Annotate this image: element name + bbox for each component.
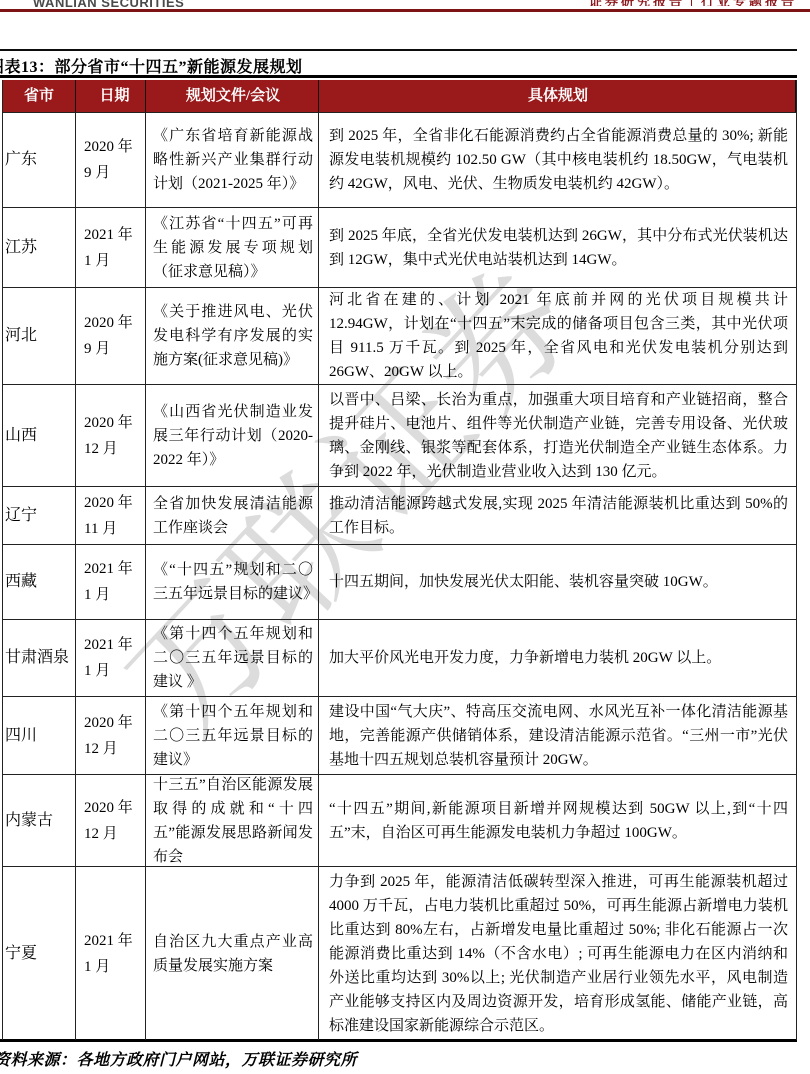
col-header-date: 日期 — [76, 80, 146, 112]
document-cell: 自治区九大重点产业高质量发展实施方案 — [146, 867, 319, 1040]
province-cell: 河北 — [3, 288, 76, 384]
province-cell: 辽宁 — [3, 487, 76, 544]
document-text: 《第十四个五年规划和二〇三五年远景目标的建议》 — [153, 700, 313, 772]
province-cell: 内蒙古 — [3, 775, 76, 866]
date-cell: 2020 年12 月 — [76, 385, 146, 486]
document-cell: 《山西省光伏制造业发展三年行动计划（2020-2022 年）》 — [146, 385, 319, 486]
document-cell: 《第十四个五年规划和二〇三五年远景目标的建议 》 — [146, 620, 319, 696]
plan-cell: 建设中国“气大庆”、特高压交流电网、水风光互补一体化清洁能源基地，完善能源产供储… — [319, 697, 796, 774]
date-year: 2021 年 — [84, 928, 145, 954]
document-cell: 全省加快发展清洁能源工作座谈会 — [146, 487, 319, 544]
document-text: 《山西省光伏制造业发展三年行动计划（2020-2022 年）》 — [153, 400, 313, 472]
plan-cell: 力争到 2025 年，能源清洁低碳转型深入推进，可再生能源装机超过 4000 万… — [319, 867, 796, 1040]
header-right-label: 证券研究报告｜行业专题报告 — [517, 0, 797, 6]
province-label: 内蒙古 — [5, 809, 75, 833]
brand-logo-text: WANLIAN SECURITIES — [33, 0, 253, 8]
date-cell: 2020 年12 月 — [76, 697, 146, 774]
date-month: 11 月 — [84, 516, 145, 542]
table-header-row: 省市 日期 规划文件/会议 具体规划 — [3, 80, 796, 113]
province-cell: 广东 — [3, 113, 76, 207]
date-cell: 2021 年1 月 — [76, 620, 146, 696]
date-year: 2020 年 — [84, 710, 145, 736]
table-row: 四川 2020 年12 月 《第十四个五年规划和二〇三五年远景目标的建议》 建设… — [3, 697, 796, 775]
document-text: 全省加快发展清洁能源工作座谈会 — [153, 492, 313, 540]
date-month: 1 月 — [84, 582, 145, 608]
province-cell: 四川 — [3, 697, 76, 774]
province-cell: 山西 — [3, 385, 76, 486]
header-red-rule — [0, 9, 810, 12]
date-month: 1 月 — [84, 248, 145, 274]
date-month: 12 月 — [84, 821, 145, 847]
province-cell: 江苏 — [3, 208, 76, 287]
date-year: 2020 年 — [84, 795, 145, 821]
document-cell: 《江苏省“十四五”可再生能源发展专项规划（征求意见稿）》 — [146, 208, 319, 287]
date-cell: 2020 年12 月 — [76, 775, 146, 866]
plan-cell: “十四五”期间,新能源项目新增并网规模达到 50GW 以上,到“十四五”末，自治… — [319, 775, 796, 866]
document-text: 《“十四五”规划和二〇三五年远景目标的建议》 — [153, 558, 313, 606]
table-row: 西藏 2021 年1 月 《“十四五”规划和二〇三五年远景目标的建议》 十四五期… — [3, 545, 796, 620]
province-cell: 宁夏 — [3, 867, 76, 1040]
document-text: 《广东省培育新能源战略性新兴产业集群行动计划（2021-2025 年）》 — [153, 124, 313, 196]
province-label: 西藏 — [5, 570, 75, 594]
date-cell: 2021 年1 月 — [76, 867, 146, 1040]
plan-table: 省市 日期 规划文件/会议 具体规划 广东 2020 年9 月 《广东省培育新能… — [2, 80, 797, 1040]
section-divider-line — [0, 49, 797, 51]
plan-cell: 加大平价风光电开发力度，力争新增电力装机 20GW 以上。 — [319, 620, 796, 696]
plan-text: 到 2025 年底，全省光伏发电装机达到 26GW，其中分布式光伏装机达到 12… — [329, 224, 788, 272]
table-top-border — [0, 75, 797, 78]
date-cell: 2021 年1 月 — [76, 545, 146, 619]
col-header-document: 规划文件/会议 — [146, 80, 319, 112]
province-label: 广东 — [5, 148, 75, 172]
table-row: 山西 2020 年12 月 《山西省光伏制造业发展三年行动计划（2020-202… — [3, 385, 796, 487]
date-cell: 2020 年9 月 — [76, 288, 146, 384]
table-row: 广东 2020 年9 月 《广东省培育新能源战略性新兴产业集群行动计划（2021… — [3, 113, 796, 208]
table-row: 江苏 2021 年1 月 《江苏省“十四五”可再生能源发展专项规划（征求意见稿）… — [3, 208, 796, 288]
document-text: 《关于推进风电、光伏发电科学有序发展的实施方案(征求意见稿)》 — [153, 300, 313, 372]
table-row: 辽宁 2020 年11 月 全省加快发展清洁能源工作座谈会 推动清洁能源跨越式发… — [3, 487, 796, 545]
plan-text: 河北省在建的、计划 2021 年底前并网的光伏项目规模共计 12.94GW，计划… — [329, 288, 788, 384]
header-right-clipped-text: 证券研究报告｜行业专题报告 — [517, 0, 797, 6]
plan-text: 建设中国“气大庆”、特高压交流电网、水风光互补一体化清洁能源基地，完善能源产供储… — [329, 700, 788, 772]
table-row: 河北 2020 年9 月 《关于推进风电、光伏发电科学有序发展的实施方案(征求意… — [3, 288, 796, 385]
document-cell: 《“十四五”规划和二〇三五年远景目标的建议》 — [146, 545, 319, 619]
document-cell: 《关于推进风电、光伏发电科学有序发展的实施方案(征求意见稿)》 — [146, 288, 319, 384]
col-header-province: 省市 — [3, 80, 76, 112]
province-label: 河北 — [5, 324, 75, 348]
plan-text: 推动清洁能源跨越式发展,实现 2025 年清洁能源装机比重达到 50%的工作目标… — [329, 492, 788, 540]
date-year: 2020 年 — [84, 134, 145, 160]
document-cell: 十三五”自治区能源发展取得的成就和“十四五”能源发展思路新闻发布会 — [146, 775, 319, 866]
document-text: 自治区九大重点产业高质量发展实施方案 — [153, 930, 313, 978]
plan-text: 以晋中、吕梁、长治为重点，加强重大项目培育和产业链招商，整合提升硅片、电池片、组… — [329, 388, 788, 484]
table-row: 内蒙古 2020 年12 月 十三五”自治区能源发展取得的成就和“十四五”能源发… — [3, 775, 796, 867]
province-label: 辽宁 — [5, 504, 75, 528]
plan-cell: 十四五期间，加快发展光伏太阳能、装机容量突破 10GW。 — [319, 545, 796, 619]
province-label: 宁夏 — [5, 942, 75, 966]
date-year: 2021 年 — [84, 632, 145, 658]
date-month: 9 月 — [84, 160, 145, 186]
plan-cell: 推动清洁能源跨越式发展,实现 2025 年清洁能源装机比重达到 50%的工作目标… — [319, 487, 796, 544]
plan-cell: 到 2025 年，全省非化石能源消费约占全省能源消费总量的 30%; 新能源发电… — [319, 113, 796, 207]
date-month: 1 月 — [84, 658, 145, 684]
brand-label: WANLIAN SECURITIES — [33, 0, 253, 8]
date-year: 2020 年 — [84, 310, 145, 336]
document-cell: 《广东省培育新能源战略性新兴产业集群行动计划（2021-2025 年）》 — [146, 113, 319, 207]
plan-text: 十四五期间，加快发展光伏太阳能、装机容量突破 10GW。 — [329, 570, 788, 594]
plan-cell: 河北省在建的、计划 2021 年底前并网的光伏项目规模共计 12.94GW，计划… — [319, 288, 796, 384]
date-month: 1 月 — [84, 954, 145, 980]
table-row: 宁夏 2021 年1 月 自治区九大重点产业高质量发展实施方案 力争到 2025… — [3, 867, 796, 1040]
plan-text: 力争到 2025 年，能源清洁低碳转型深入推进，可再生能源装机超过 4000 万… — [329, 870, 788, 1038]
plan-cell: 以晋中、吕梁、长治为重点，加强重大项目培育和产业链招商，整合提升硅片、电池片、组… — [319, 385, 796, 486]
date-year: 2020 年 — [84, 410, 145, 436]
province-label: 山西 — [5, 424, 75, 448]
date-cell: 2020 年9 月 — [76, 113, 146, 207]
document-cell: 《第十四个五年规划和二〇三五年远景目标的建议》 — [146, 697, 319, 774]
date-year: 2021 年 — [84, 222, 145, 248]
document-text: 十三五”自治区能源发展取得的成就和“十四五”能源发展思路新闻发布会 — [153, 773, 313, 869]
province-label: 江苏 — [5, 236, 75, 260]
date-month: 12 月 — [84, 436, 145, 462]
plan-text: 到 2025 年，全省非化石能源消费约占全省能源消费总量的 30%; 新能源发电… — [329, 124, 788, 196]
plan-text: 加大平价风光电开发力度，力争新增电力装机 20GW 以上。 — [329, 646, 788, 670]
date-year: 2021 年 — [84, 556, 145, 582]
document-text: 《江苏省“十四五”可再生能源发展专项规划（征求意见稿）》 — [153, 212, 313, 284]
province-label: 四川 — [5, 724, 75, 748]
report-page: WANLIAN SECURITIES 证券研究报告｜行业专题报告 图表13：部分… — [0, 0, 810, 1074]
plan-text: “十四五”期间,新能源项目新增并网规模达到 50GW 以上,到“十四五”末，自治… — [329, 797, 788, 845]
date-cell: 2020 年11 月 — [76, 487, 146, 544]
province-cell: 西藏 — [3, 545, 76, 619]
plan-cell: 到 2025 年底，全省光伏发电装机达到 26GW，其中分布式光伏装机达到 12… — [319, 208, 796, 287]
document-text: 《第十四个五年规划和二〇三五年远景目标的建议 》 — [153, 622, 313, 694]
figure-title: 图表13：部分省市“十四五”新能源发展规划 — [0, 54, 303, 77]
province-cell: 甘肃酒泉 — [3, 620, 76, 696]
date-year: 2020 年 — [84, 490, 145, 516]
province-label: 甘肃酒泉 — [5, 646, 75, 670]
source-note: 资料来源：各地方政府门户网站，万联证券研究所 — [0, 1047, 357, 1070]
table-row: 甘肃酒泉 2021 年1 月 《第十四个五年规划和二〇三五年远景目标的建议 》 … — [3, 620, 796, 697]
date-month: 12 月 — [84, 736, 145, 762]
date-cell: 2021 年1 月 — [76, 208, 146, 287]
date-month: 9 月 — [84, 336, 145, 362]
col-header-plan: 具体规划 — [319, 80, 796, 112]
